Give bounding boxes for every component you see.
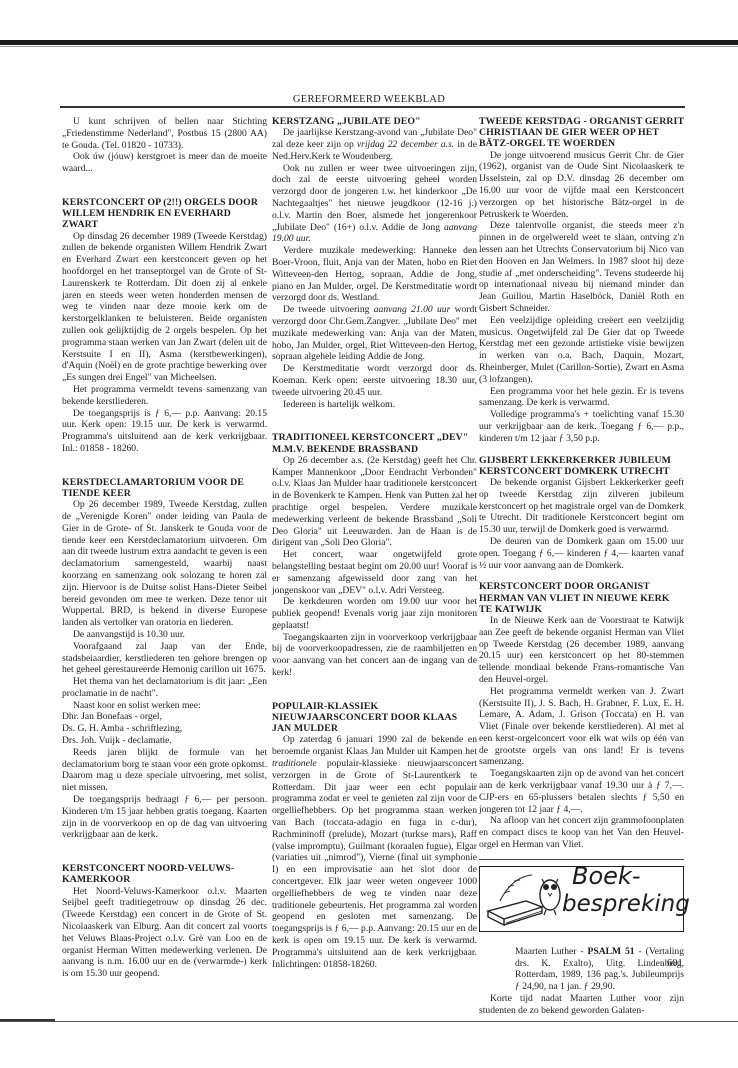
- article-title: KERSTCONCERT OP (2!!) ORGELS DOOR WILLEM…: [62, 197, 267, 231]
- book-citation: Maarten Luther - PSALM 51 - (Vertaling d…: [479, 946, 684, 993]
- scan-top-border: [0, 40, 738, 45]
- article-paragraph: Het programma vermeldt werken van J. Zwa…: [479, 686, 684, 769]
- section-divider: [479, 859, 684, 860]
- article-paragraph: Het programma vermeldt tevens samenzang …: [62, 384, 267, 408]
- article-paragraph: In de Nieuwe Kerk aan de Voorstraat te K…: [479, 615, 684, 686]
- article-paragraph: De bekende organist Gijsbert Lekkerkerke…: [479, 477, 684, 536]
- article-de-gier-woerden: TWEEDE KERSTDAG - ORGANIST GERRIT CHRIST…: [479, 116, 684, 445]
- article-title: TWEEDE KERSTDAG - ORGANIST GERRIT CHRIST…: [479, 116, 684, 150]
- article-paragraph: De tweede uitvoering aanvang 21.00 uur w…: [272, 304, 477, 363]
- article-paragraph: Toegangskaarten zijn op de avond van het…: [479, 768, 684, 815]
- article-paragraph: Op 26 december a.s. (2e Kerstdag) geeft …: [272, 455, 477, 549]
- article-paragraph: Op dinsdag 26 december 1989 (Tweede Kers…: [62, 231, 267, 384]
- article-paragraph: Iedereen is hartelijk welkom.: [272, 399, 477, 411]
- article-paragraph: De jonge uitvoerend musicus Gerrit Chr. …: [479, 150, 684, 221]
- article-paragraph: Een veelzijdige opleiding creëert een ve…: [479, 315, 684, 386]
- article-title: GIJSBERT LEKKERKERKER JUBILEUM KERSTCONC…: [479, 455, 684, 477]
- page-number: 601: [667, 958, 683, 969]
- book-review: Maarten Luther - PSALM 51 - (Vertaling d…: [479, 946, 684, 1017]
- article-paragraph: De kerkdeuren worden om 19.00 uur voor h…: [272, 596, 477, 631]
- banner-title-line2: bespreking: [562, 899, 690, 911]
- book-review-banner: Boek- bespreking: [479, 866, 684, 932]
- article-title: KERSTCONCERT NOORD-VELUWS-KAMERKOOR: [62, 863, 267, 885]
- article-paragraph: De deuren van de Domkerk gaan om 15.00 u…: [479, 536, 684, 571]
- article-paragraph: De Kerstmeditatie wordt verzorgd door ds…: [272, 363, 477, 398]
- article-paragraph: Toegangskaarten zijn in voorverkoop verk…: [272, 632, 477, 679]
- article-jubilate-deo: KERSTZANG „JUBILATE DEO" De jaarlijkse K…: [272, 116, 477, 410]
- article-title: KERSTZANG „JUBILATE DEO": [272, 116, 477, 127]
- scan-top-border-shadow: [0, 46, 738, 47]
- article-paragraph: Het Noord-Veluws-Kamerkoor o.l.v. Maarte…: [62, 886, 267, 980]
- article-kerstdeclamatorium: KERSTDECLAMARTORIUM VOOR DE TIENDE KEER …: [62, 477, 267, 842]
- credit-line: Dhr. Jan Bonefaas - orgel,: [62, 711, 267, 723]
- intro-paragraph: Ook úw (jóuw) kerstgroet is meer dan de …: [62, 151, 267, 175]
- article-paragraph: De toegangsprijs is ƒ 6,— p.p. Aanvang: …: [62, 408, 267, 455]
- article-nieuwjaarsconcert: POPULAIR-KLASSIEK NIEUWJAARSCONCERT DOOR…: [272, 701, 477, 971]
- article-noord-veluws-kamerkoor: KERSTCONCERT NOORD-VELUWS-KAMERKOOR Het …: [62, 863, 267, 980]
- credit-line: Drs. Joh. Vuijk - declamatie.: [62, 735, 267, 747]
- article-paragraph: De toegangsprijs bedraagt ƒ 6,— per pers…: [62, 794, 267, 841]
- article-paragraph: Het concert, waar ongetwijfeld grote bel…: [272, 549, 477, 596]
- article-paragraph: Op zaterdag 6 januari 1990 zal de bekend…: [272, 734, 477, 970]
- article-lekkerkerker-domkerk: GIJSBERT LEKKERKERKER JUBILEUM KERSTCONC…: [479, 455, 684, 572]
- article-title: KERSTCONCERT DOOR ORGANIST HERMAN VAN VL…: [479, 581, 684, 615]
- article-paragraph: Het thema van het declamatorium is dit j…: [62, 676, 267, 700]
- article-paragraph: Na afloop van het concert zijn grammofoo…: [479, 815, 684, 850]
- article-paragraph: Op 26 december 1989, Tweede Kerstdag, zu…: [62, 499, 267, 629]
- article-paragraph: Verdere muzikale medewerking: Hanneke de…: [272, 245, 477, 304]
- article-title: KERSTDECLAMARTORIUM VOOR DE TIENDE KEER: [62, 477, 267, 499]
- header-rule: [60, 106, 685, 108]
- masthead: GEREFORMEERD WEEKBLAD: [0, 94, 738, 105]
- scan-bottom-rule: [0, 1021, 738, 1022]
- article-paragraph: De jaarlijkse Kerstzang-avond van „Jubil…: [272, 127, 477, 162]
- credit-line: Ds. G. H. Amba - schriftlezing,: [62, 723, 267, 735]
- article-van-vliet-katwijk: KERSTCONCERT DOOR ORGANIST HERMAN VAN VL…: [479, 581, 684, 851]
- article-paragraph: Korte tijd nadat Maarten Luther voor zij…: [479, 993, 684, 1017]
- article-paragraph: Volledige programma's + toelichting vana…: [479, 409, 684, 444]
- article-paragraph: Een programma voor het hele gezin. Er is…: [479, 386, 684, 410]
- column-3: TWEEDE KERSTDAG - ORGANIST GERRIT CHRIST…: [479, 116, 684, 1017]
- article-title: POPULAIR-KLASSIEK NIEUWJAARSCONCERT DOOR…: [272, 701, 477, 735]
- article-paragraph: Voorafgaand zal Jaap van der Ende, stads…: [62, 641, 267, 676]
- owl-with-books-icon: [486, 871, 566, 929]
- article-paragraph: De aanvangstijd is 10.30 uur.: [62, 629, 267, 641]
- intro-paragraph: U kunt schrijven of bellen naar Stichtin…: [62, 116, 267, 151]
- article-paragraph: Naast koor en solist werken mee:: [62, 700, 267, 712]
- column-1: U kunt schrijven of bellen naar Stichtin…: [62, 116, 267, 980]
- article-title: TRADITIONEEL KERSTCONCERT „DEV" M.M.V. B…: [272, 432, 477, 454]
- banner-title-line1: Boek-: [572, 871, 640, 883]
- column-2: KERSTZANG „JUBILATE DEO" De jaarlijkse K…: [272, 116, 477, 970]
- article-zwart-orgels: KERSTCONCERT OP (2!!) ORGELS DOOR WILLEM…: [62, 197, 267, 455]
- article-dev-brassband: TRADITIONEEL KERSTCONCERT „DEV" M.M.V. B…: [272, 432, 477, 679]
- article-paragraph: Deze talentvolle organist, die steeds me…: [479, 220, 684, 314]
- article-paragraph: Reeds jaren blijkt de formule van het de…: [62, 747, 267, 794]
- article-paragraph: Ook nu zullen er weer twee uitvoeringen …: [272, 163, 477, 246]
